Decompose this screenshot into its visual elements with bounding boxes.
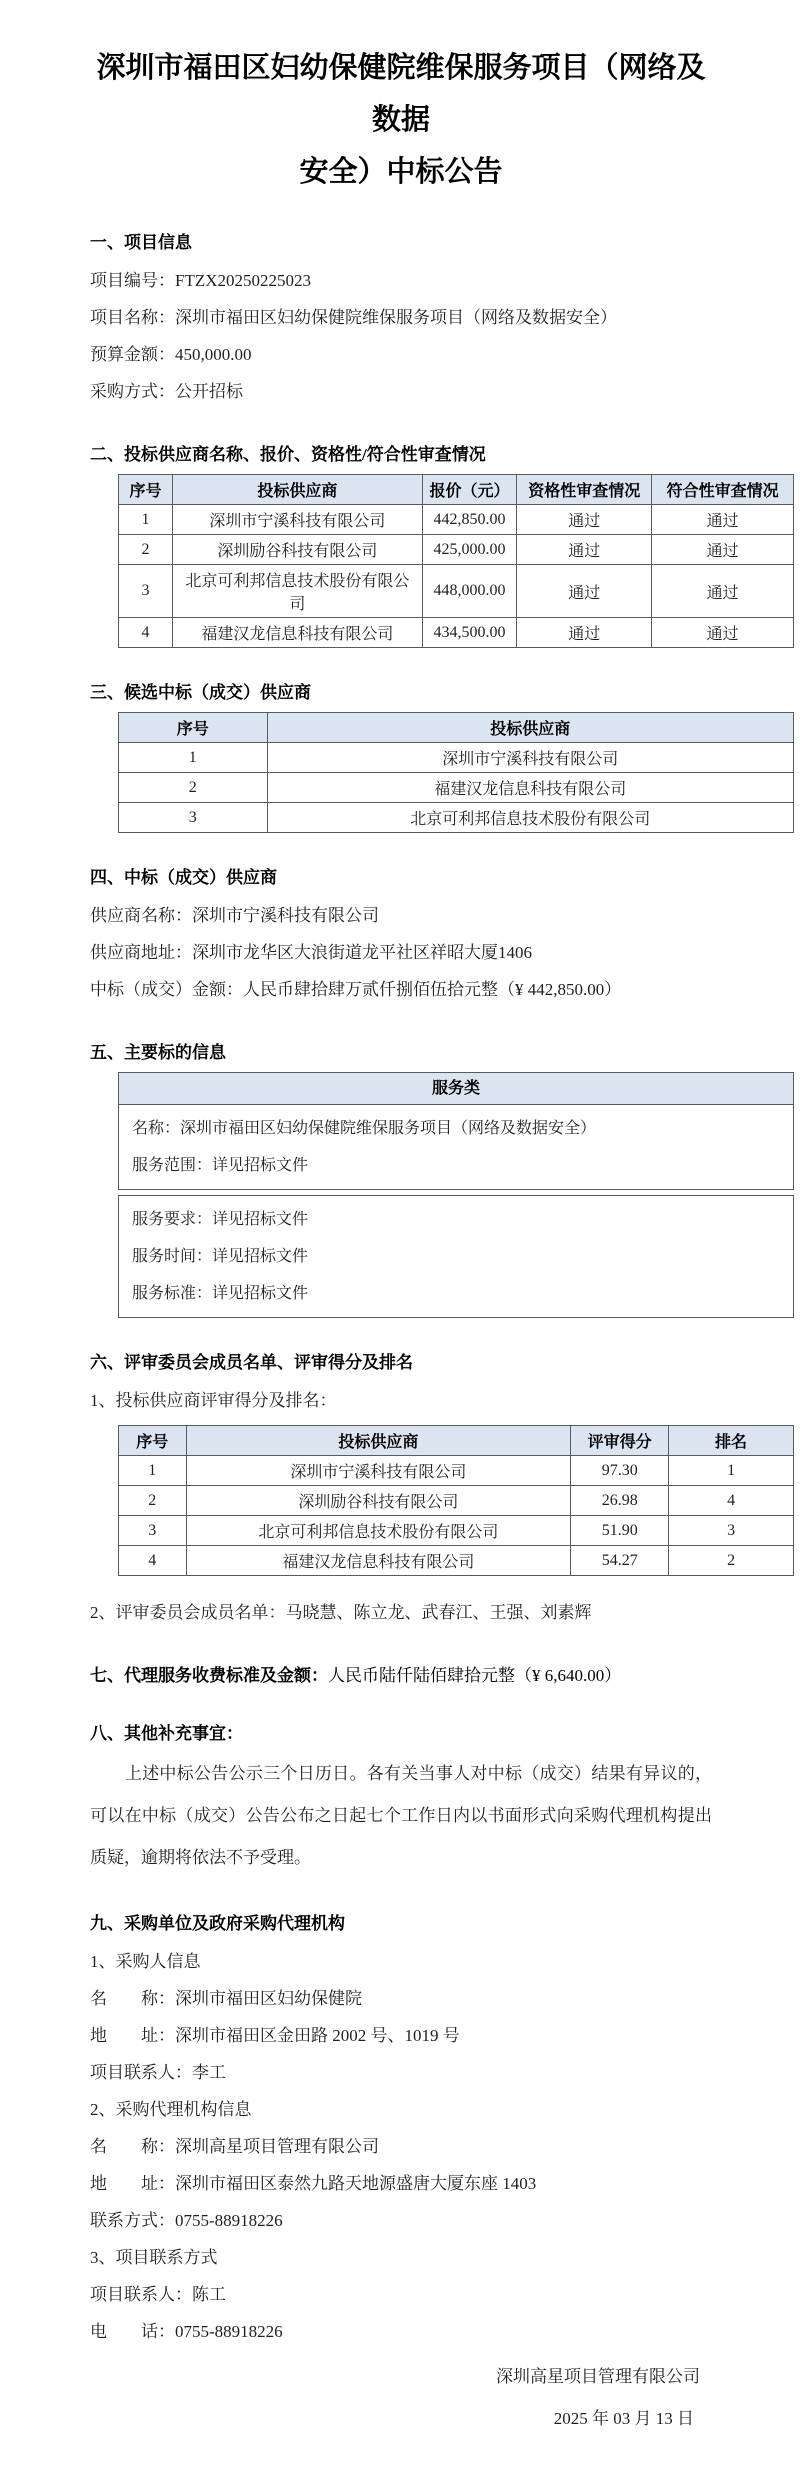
document-title-line1: 深圳市福田区妇幼保健院维保服务项目（网络及数据 (96, 52, 705, 136)
table-cell: 1 (119, 505, 173, 535)
service-info-line: 名称：深圳市福田区妇幼保健院维保服务项目（网络及数据安全） (132, 1110, 780, 1147)
table-cell: 3 (119, 1516, 187, 1546)
header-row: 序号投标供应商评审得分排名 (119, 1426, 794, 1456)
table-row: 3北京可利邦信息技术股份有限公司 (119, 803, 794, 833)
evaluation-scores-table-head: 序号投标供应商评审得分排名 (119, 1426, 794, 1456)
winning-supplier-line: 中标（成交）金额：人民币肆拾肆万贰仟捌佰伍拾元整（¥ 442,850.00） (90, 971, 712, 1008)
service-info-line: 服务时间：详见招标文件 (132, 1238, 780, 1275)
table-cell: 2 (119, 773, 268, 803)
table-cell: 1 (119, 1456, 187, 1486)
contact-info-line: 2、采购代理机构信息 (90, 2091, 712, 2128)
section-heading-evaluation: 六、评审委员会成员名单、评审得分及排名 (90, 1350, 712, 1376)
table-cell: 深圳市宁溪科技有限公司 (267, 743, 794, 773)
section-subject-matter: 五、主要标的信息 服务类 名称：深圳市福田区妇幼保健院维保服务项目（网络及数据安… (90, 1040, 712, 1318)
table-cell: 3 (119, 565, 173, 618)
column-header: 序号 (119, 1426, 187, 1456)
project-info-line: 项目编号：FTZX20250225023 (90, 262, 712, 299)
column-header: 评审得分 (571, 1426, 669, 1456)
service-info-line: 服务范围：详见招标文件 (132, 1147, 780, 1184)
contact-info-line: 名 称：深圳高星项目管理有限公司 (90, 2128, 712, 2165)
table-row: 2福建汉龙信息科技有限公司 (119, 773, 794, 803)
contact-info-line: 电 话：0755-88918226 (90, 2313, 712, 2350)
table-cell: 3 (119, 803, 268, 833)
contact-info-line: 联系方式：0755-88918226 (90, 2202, 712, 2239)
table-row: 1深圳市宁溪科技有限公司97.301 (119, 1456, 794, 1486)
bidders-review-table-head: 序号投标供应商报价（元）资格性审查情况符合性审查情况 (119, 475, 794, 505)
table-cell: 3 (669, 1516, 794, 1546)
table-cell: 97.30 (571, 1456, 669, 1486)
table-row: 2深圳励谷科技有限公司425,000.00通过通过 (119, 535, 794, 565)
project-info-lines: 项目编号：FTZX20250225023项目名称：深圳市福田区妇幼保健院维保服务… (90, 262, 712, 410)
bidders-review-table: 序号投标供应商报价（元）资格性审查情况符合性审查情况 1深圳市宁溪科技有限公司4… (118, 474, 794, 648)
section-project-info: 一、项目信息 项目编号：FTZX20250225023项目名称：深圳市福田区妇幼… (90, 230, 712, 410)
table-cell: 2 (669, 1546, 794, 1576)
bidders-review-table-body: 1深圳市宁溪科技有限公司442,850.00通过通过2深圳励谷科技有限公司425… (119, 505, 794, 648)
table-cell: 51.90 (571, 1516, 669, 1546)
column-header: 序号 (119, 475, 173, 505)
section-evaluation: 六、评审委员会成员名单、评审得分及排名 1、投标供应商评审得分及排名： 序号投标… (90, 1350, 712, 1631)
section-supplementary: 八、其他补充事宜： 上述中标公告公示三个日历日。各有关当事人对中标（成交）结果有… (90, 1721, 712, 1879)
column-header: 投标供应商 (173, 475, 423, 505)
project-info-line: 项目名称：深圳市福田区妇幼保健院维保服务项目（网络及数据安全） (90, 299, 712, 336)
bid-award-announcement-document: 深圳市福田区妇幼保健院维保服务项目（网络及数据安全）中标公告 一、项目信息 项目… (0, 0, 800, 2474)
table-cell: 通过 (652, 505, 794, 535)
document-title-line2: 安全）中标公告 (299, 156, 502, 188)
section-heading-purchaser-agency: 九、采购单位及政府采购代理机构 (90, 1911, 712, 1937)
winning-supplier-lines: 供应商名称：深圳市宁溪科技有限公司供应商地址：深圳市龙华区大浪街道龙平社区祥昭大… (90, 897, 712, 1008)
table-cell: 442,850.00 (422, 505, 517, 535)
table-row: 4福建汉龙信息科技有限公司54.272 (119, 1546, 794, 1576)
table-cell: 通过 (652, 535, 794, 565)
table-cell: 通过 (517, 618, 652, 648)
evaluation-scores-table-body: 1深圳市宁溪科技有限公司97.3012深圳励谷科技有限公司26.9843北京可利… (119, 1456, 794, 1576)
table-cell: 54.27 (571, 1546, 669, 1576)
column-header: 投标供应商 (186, 1426, 571, 1456)
section-heading-bidders-review: 二、投标供应商名称、报价、资格性/符合性审查情况 (90, 442, 712, 468)
table-cell: 4 (669, 1486, 794, 1516)
table-cell: 4 (119, 1546, 187, 1576)
contact-info-line: 项目联系人：陈工 (90, 2276, 712, 2313)
purchaser-agency-lines: 1、采购人信息名 称：深圳市福田区妇幼保健院地 址：深圳市福田区金田路 2002… (90, 1943, 712, 2350)
table-cell: 深圳市宁溪科技有限公司 (173, 505, 423, 535)
table-cell: 通过 (652, 565, 794, 618)
table-cell: 425,000.00 (422, 535, 517, 565)
service-info-box-2: 服务要求：详见招标文件服务时间：详见招标文件服务标准：详见招标文件 (118, 1195, 794, 1318)
table-cell: 北京可利邦信息技术股份有限公司 (186, 1516, 571, 1546)
service-info-line: 服务要求：详见招标文件 (132, 1201, 780, 1238)
table-cell: 通过 (517, 565, 652, 618)
contact-info-line: 名 称：深圳市福田区妇幼保健院 (90, 1980, 712, 2017)
evaluation-committee-members: 2、评审委员会成员名单：马晓慧、陈立龙、武春江、王强、刘素辉 (90, 1594, 712, 1631)
project-info-line: 采购方式：公开招标 (90, 373, 712, 410)
section-heading-subject-matter: 五、主要标的信息 (90, 1040, 712, 1066)
table-cell: 1 (669, 1456, 794, 1486)
table-cell: 通过 (652, 618, 794, 648)
table-cell: 北京可利邦信息技术股份有限公司 (267, 803, 794, 833)
header-row: 序号投标供应商报价（元）资格性审查情况符合性审查情况 (119, 475, 794, 505)
table-cell: 448,000.00 (422, 565, 517, 618)
evaluation-subheading-scores: 1、投标供应商评审得分及排名： (90, 1382, 712, 1419)
evaluation-scores-table: 序号投标供应商评审得分排名 1深圳市宁溪科技有限公司97.3012深圳励谷科技有… (118, 1425, 794, 1576)
agency-fee-line: 七、代理服务收费标准及金额：人民币陆仟陆佰肆拾元整（¥ 6,640.00） (90, 1663, 712, 1689)
table-cell: 福建汉龙信息科技有限公司 (186, 1546, 571, 1576)
column-header: 排名 (669, 1426, 794, 1456)
service-class-header: 服务类 (119, 1073, 793, 1105)
contact-info-line: 1、采购人信息 (90, 1943, 712, 1980)
contact-info-line: 地 址：深圳市福田区泰然九路天地源盛唐大厦东座 1403 (90, 2165, 712, 2202)
service-info-line: 服务标准：详见招标文件 (132, 1275, 780, 1312)
table-cell: 1 (119, 743, 268, 773)
signature-company: 深圳高星项目管理有限公司 (90, 2356, 712, 2398)
table-cell: 4 (119, 618, 173, 648)
project-info-line: 预算金额：450,000.00 (90, 336, 712, 373)
table-row: 1深圳市宁溪科技有限公司442,850.00通过通过 (119, 505, 794, 535)
section-winning-supplier: 四、中标（成交）供应商 供应商名称：深圳市宁溪科技有限公司供应商地址：深圳市龙华… (90, 865, 712, 1008)
candidate-suppliers-table-body: 1深圳市宁溪科技有限公司2福建汉龙信息科技有限公司3北京可利邦信息技术股份有限公… (119, 743, 794, 833)
table-row: 3北京可利邦信息技术股份有限公司51.903 (119, 1516, 794, 1546)
section-heading-supplementary: 八、其他补充事宜： (90, 1721, 712, 1747)
section-agency-fee: 七、代理服务收费标准及金额：人民币陆仟陆佰肆拾元整（¥ 6,640.00） (90, 1663, 712, 1689)
section-candidate-suppliers: 三、候选中标（成交）供应商 序号投标供应商 1深圳市宁溪科技有限公司2福建汉龙信… (90, 680, 712, 833)
section-heading-candidate-suppliers: 三、候选中标（成交）供应商 (90, 680, 712, 706)
table-cell: 深圳励谷科技有限公司 (186, 1486, 571, 1516)
table-cell: 通过 (517, 505, 652, 535)
contact-info-line: 地 址：深圳市福田区金田路 2002 号、1019 号 (90, 2017, 712, 2054)
document-title: 深圳市福田区妇幼保健院维保服务项目（网络及数据安全）中标公告 (90, 42, 712, 198)
service-info-box-1-body: 名称：深圳市福田区妇幼保健院维保服务项目（网络及数据安全）服务范围：详见招标文件 (119, 1105, 793, 1189)
service-info-box-2-body: 服务要求：详见招标文件服务时间：详见招标文件服务标准：详见招标文件 (119, 1196, 793, 1317)
table-cell: 26.98 (571, 1486, 669, 1516)
table-cell: 福建汉龙信息科技有限公司 (267, 773, 794, 803)
winning-supplier-line: 供应商地址：深圳市龙华区大浪街道龙平社区祥昭大厦1406 (90, 934, 712, 971)
section-purchaser-agency: 九、采购单位及政府采购代理机构 1、采购人信息名 称：深圳市福田区妇幼保健院地 … (90, 1911, 712, 2350)
column-header: 投标供应商 (267, 713, 794, 743)
service-info-box-1: 服务类 名称：深圳市福田区妇幼保健院维保服务项目（网络及数据安全）服务范围：详见… (118, 1072, 794, 1190)
table-cell: 福建汉龙信息科技有限公司 (173, 618, 423, 648)
contact-info-line: 项目联系人：李工 (90, 2054, 712, 2091)
table-cell: 通过 (517, 535, 652, 565)
candidate-suppliers-table: 序号投标供应商 1深圳市宁溪科技有限公司2福建汉龙信息科技有限公司3北京可利邦信… (118, 712, 794, 833)
table-row: 1深圳市宁溪科技有限公司 (119, 743, 794, 773)
contact-info-line: 3、项目联系方式 (90, 2239, 712, 2276)
table-row: 4福建汉龙信息科技有限公司434,500.00通过通过 (119, 618, 794, 648)
table-row: 3北京可利邦信息技术股份有限公司448,000.00通过通过 (119, 565, 794, 618)
table-cell: 2 (119, 1486, 187, 1516)
table-cell: 434,500.00 (422, 618, 517, 648)
document-footer: 深圳高星项目管理有限公司 2025 年 03 月 13 日 (90, 2356, 712, 2440)
section-heading-winning-supplier: 四、中标（成交）供应商 (90, 865, 712, 891)
agency-fee-label: 七、代理服务收费标准及金额： (90, 1666, 328, 1685)
candidate-suppliers-table-head: 序号投标供应商 (119, 713, 794, 743)
agency-fee-amount: 人民币陆仟陆佰肆拾元整（¥ 6,640.00） (328, 1666, 621, 1685)
signature-date: 2025 年 03 月 13 日 (90, 2398, 712, 2440)
column-header: 资格性审查情况 (517, 475, 652, 505)
header-row: 序号投标供应商 (119, 713, 794, 743)
winning-supplier-line: 供应商名称：深圳市宁溪科技有限公司 (90, 897, 712, 934)
table-row: 2深圳励谷科技有限公司26.984 (119, 1486, 794, 1516)
table-cell: 北京可利邦信息技术股份有限公司 (173, 565, 423, 618)
table-cell: 深圳市宁溪科技有限公司 (186, 1456, 571, 1486)
column-header: 序号 (119, 713, 268, 743)
supplementary-paragraph: 上述中标公告公示三个日历日。各有关当事人对中标（成交）结果有异议的，可以在中标（… (90, 1753, 712, 1879)
column-header: 符合性审查情况 (652, 475, 794, 505)
table-cell: 2 (119, 535, 173, 565)
table-cell: 深圳励谷科技有限公司 (173, 535, 423, 565)
section-bidders-review: 二、投标供应商名称、报价、资格性/符合性审查情况 序号投标供应商报价（元）资格性… (90, 442, 712, 648)
section-heading-project-info: 一、项目信息 (90, 230, 712, 256)
column-header: 报价（元） (422, 475, 517, 505)
